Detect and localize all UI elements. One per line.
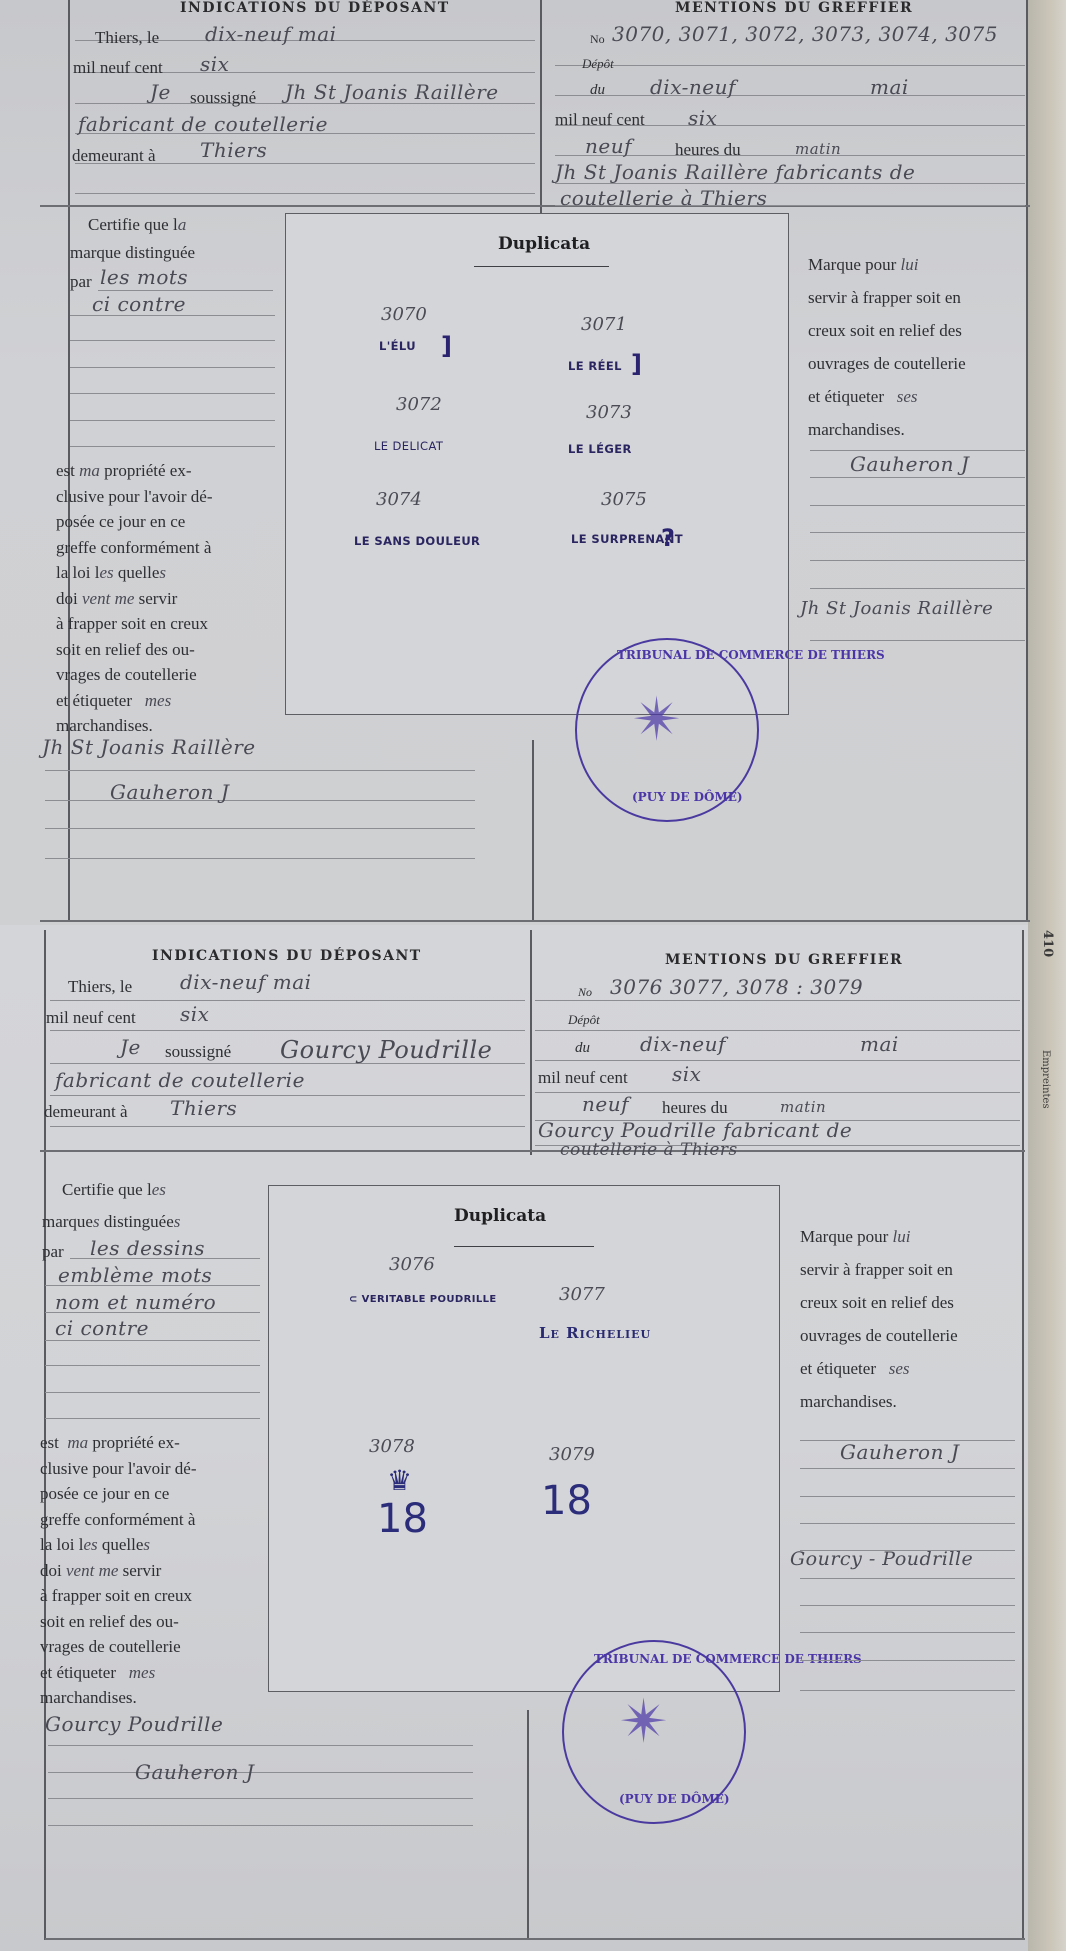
mark-stamp-18: 18 [541, 1478, 592, 1524]
greffier-year-prefix: mil neuf cent [555, 110, 645, 130]
mark-number: 3073 [586, 402, 632, 423]
mark-stamp-veritable-poudrille: ⊂ VERITABLE POUDRILLE [349, 1294, 497, 1305]
mark-number: 3072 [396, 394, 442, 415]
greffier-name-line-1: Gourcy Poudrille fabricant de [538, 1118, 852, 1142]
frame-center-bottom [527, 1710, 529, 1940]
frame-right [1026, 0, 1028, 920]
depositor-signature-right: Gourcy - Poudrille [790, 1548, 973, 1570]
register-page-number: 410 [1040, 930, 1055, 957]
mark-stamp-le-delicat: LE DELICAT [374, 439, 443, 453]
seal-emblem-icon: ✴ [632, 685, 682, 755]
residence-handwritten: Thiers [170, 1096, 237, 1120]
par-hand-line-2: emblème mots [58, 1263, 212, 1287]
greffier-hour: neuf [582, 1092, 629, 1116]
par-hand-line-3: nom et numéro [55, 1290, 216, 1314]
greffier-year: six [672, 1062, 701, 1086]
section-divider [40, 1150, 1025, 1152]
depositor-signature: Jh St Joanis Raillère [42, 735, 256, 759]
deposit-numbers: 3076 3077, 3078 : 3079 [610, 975, 863, 999]
greffier-name-line-2: coutellerie à Thiers [560, 186, 767, 210]
greffier-date: dix-neuf [650, 75, 736, 99]
par-hand-line-4: ci contre [55, 1316, 149, 1340]
date-prefix: Thiers, le [95, 28, 159, 48]
duplicata-title: Duplicata [454, 1206, 546, 1226]
year-handwritten: six [180, 1002, 209, 1026]
frame-center-top [540, 0, 542, 215]
mark-stamp-le-reel: LE RÉEL [568, 359, 622, 373]
duplicata-title: Duplicata [498, 234, 590, 254]
date-prefix: Thiers, le [68, 977, 132, 997]
mark-number: 3070 [381, 304, 427, 325]
soussigne-label: soussigné [190, 88, 256, 108]
depositor-signature-right: Jh St Joanis Raillère [800, 598, 993, 619]
record-bottom [45, 1938, 1025, 1940]
greffier-hour: neuf [585, 134, 632, 158]
date-handwritten: dix-neuf mai [205, 22, 337, 46]
tribunal-seal: TRIBUNAL DE COMMERCE DE THIERS ✴ (PUY DE… [575, 638, 759, 822]
depositor-profession: fabricant de coutellerie [55, 1068, 305, 1092]
du-label: du [575, 1040, 590, 1057]
je-handwritten: Je [120, 1035, 141, 1059]
greffier-year-prefix: mil neuf cent [538, 1068, 628, 1088]
depositor-name: Gourcy Poudrille [280, 1036, 492, 1064]
greffier-month: mai [860, 1032, 899, 1056]
date-handwritten: dix-neuf mai [180, 970, 312, 994]
year-handwritten: six [200, 52, 229, 76]
mark-stamp-le-sans-douleur: LE SANS DOULEUR [354, 534, 480, 548]
greffier-signature-left: Gauheron J [110, 780, 229, 804]
residence-label: demeurant à [44, 1102, 128, 1122]
year-prefix: mil neuf cent [46, 1008, 136, 1028]
greffier-year: six [688, 106, 717, 130]
marque-label: marque distinguée [70, 243, 195, 263]
year-prefix: mil neuf cent [73, 58, 163, 78]
par-hand-line-2: ci contre [92, 292, 186, 316]
par-label: par [70, 272, 92, 292]
mark-number: 3079 [549, 1444, 595, 1465]
deposit-numbers: 3070, 3071, 3072, 3073, 3074, 3075 [612, 22, 998, 46]
par-hand-line-1: les dessins [90, 1236, 205, 1260]
soussigne-label: soussigné [165, 1042, 231, 1062]
hour-label: heures du [675, 140, 741, 160]
register-margin-strip: 410 Empreintes [1028, 0, 1066, 1951]
mark-number: 3075 [601, 489, 647, 510]
mark-stamp-lelu: L'ÉLU [379, 339, 416, 353]
greffier-month: mai [870, 75, 909, 99]
marque-label: marques distinguées [42, 1212, 180, 1232]
greffier-signature-left: Gauheron J [135, 1760, 254, 1784]
greffier-period: matin [780, 1098, 826, 1116]
empreintes-label: Empreintes [1040, 1050, 1051, 1109]
residence-handwritten: Thiers [200, 138, 267, 162]
no-label: No [578, 985, 592, 1000]
frame-center-bottom [532, 740, 534, 920]
seal-emblem-icon: ✴ [619, 1687, 669, 1757]
du-label: du [590, 82, 605, 99]
certifie-label: Certifie que les [62, 1180, 166, 1200]
greffier-name-line-1: Jh St Joanis Raillère fabricants de [555, 160, 915, 184]
clause-paragraph: est ma propriété ex- clusive pour l'avoi… [56, 458, 271, 739]
greffier-heading: MENTIONS DU GREFFIER [675, 0, 913, 16]
depositant-heading: INDICATIONS DU DÉPOSANT [152, 948, 422, 964]
marque-pour-paragraph: Marque pour lui servir à frapper soit en… [800, 1220, 1020, 1418]
marque-pour-paragraph: Marque pour lui servir à frapper soit en… [808, 248, 1028, 446]
par-hand-line-1: les mots [100, 265, 188, 289]
clause-paragraph: est ma propriété ex- clusive pour l'avoi… [40, 1430, 262, 1711]
residence-label: demeurant à [72, 146, 156, 166]
mark-number: 3076 [389, 1254, 435, 1275]
je-handwritten: Je [150, 80, 171, 104]
depot-label: Dépôt [568, 1012, 600, 1028]
mark-number: 3074 [376, 489, 422, 510]
mark-stamp-le-leger: LE LÉGER [568, 442, 632, 456]
mark-stamp-le-richelieu: Le Richelieu [539, 1324, 651, 1342]
greffier-heading: MENTIONS DU GREFFIER [665, 952, 903, 968]
record-divider [40, 920, 1030, 922]
duplicata-box: Duplicata 3076 ⊂ VERITABLE POUDRILLE 307… [268, 1185, 780, 1692]
duplicata-box: Duplicata 3070 L'ÉLU ] 3071 LE RÉEL ] 30… [285, 213, 789, 715]
mark-stamp-18-crown: 18 [377, 1496, 428, 1542]
hour-label: heures du [662, 1098, 728, 1118]
greffier-period: matin [795, 140, 841, 158]
mark-number: 3078 [369, 1436, 415, 1457]
certifie-label: Certifie que la [88, 215, 187, 235]
greffier-signature-right: Gauheron J [850, 452, 969, 476]
crown-emblem-icon: ♛ [387, 1464, 412, 1497]
greffier-name-line-2: coutellerie à Thiers [560, 1140, 738, 1160]
depositor-profession: fabricant de coutellerie [78, 112, 328, 136]
greffier-signature-right: Gauheron J [840, 1440, 959, 1464]
depositor-signature: Gourcy Poudrille [45, 1712, 223, 1736]
par-label: par [42, 1242, 64, 1262]
frame-center-top [530, 930, 532, 1155]
mark-number: 3071 [581, 314, 627, 335]
greffier-date: dix-neuf [640, 1032, 726, 1056]
mark-number: 3077 [559, 1284, 605, 1305]
frame-right [1022, 930, 1024, 1940]
depot-label: Dépôt [582, 56, 614, 72]
depositant-heading: INDICATIONS DU DÉPOSANT [180, 0, 450, 16]
tribunal-seal: TRIBUNAL DE COMMERCE DE THIERS ✴ (PUY DE… [562, 1640, 746, 1824]
no-label: No [590, 32, 605, 47]
depositor-name: Jh St Joanis Raillère [285, 80, 499, 104]
